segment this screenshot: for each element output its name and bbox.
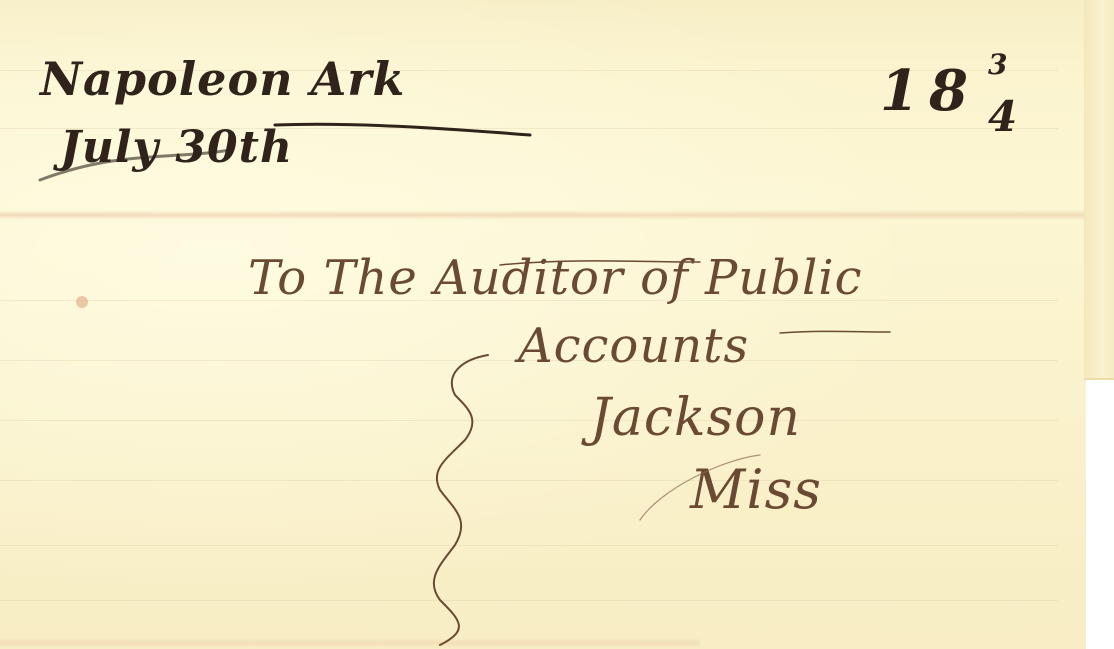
pen-flourishes bbox=[0, 0, 1114, 649]
date-underline-flourish bbox=[275, 124, 530, 135]
decorative-brace bbox=[434, 355, 488, 645]
